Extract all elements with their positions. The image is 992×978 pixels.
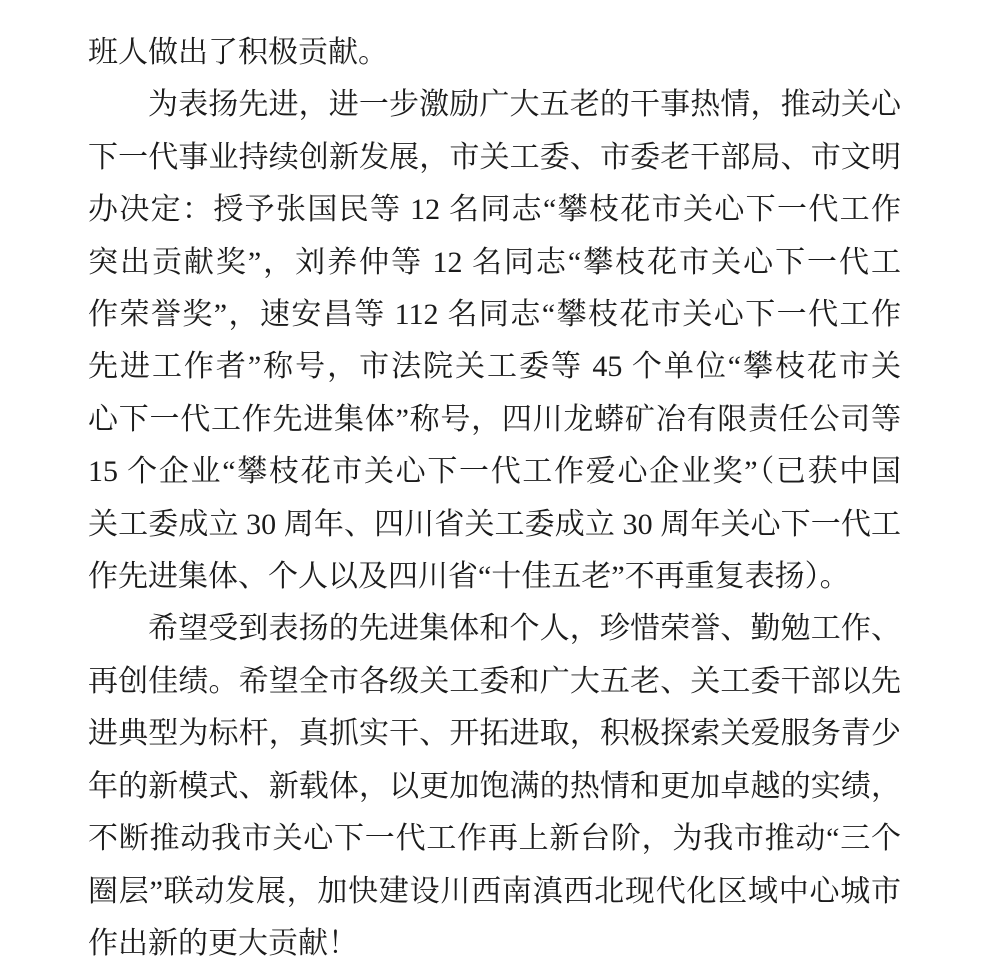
text-line: 下一代事业持续创新发展，市关工委、市委老干部局、市文明 bbox=[88, 132, 901, 184]
text-line: 进典型为标杆，真抓实干、开拓进取，积极探索关爱服务青少 bbox=[88, 708, 901, 760]
text-line: 作出新的更大贡献！ bbox=[88, 918, 901, 970]
text-line: 班人做出了积极贡献。 bbox=[88, 27, 901, 79]
text-line: 先进工作者”称号，市法院关工委等 45 个单位“攀枝花市关 bbox=[88, 341, 901, 393]
text-line: 作荣誉奖”，速安昌等 112 名同志“攀枝花市关心下一代工作 bbox=[88, 289, 901, 341]
text-line: 心下一代工作先进集体”称号，四川龙蟒矿冶有限责任公司等 bbox=[88, 394, 901, 446]
text-line: 关工委成立 30 周年、四川省关工委成立 30 周年关心下一代工 bbox=[88, 499, 901, 551]
text-line: 再创佳绩。希望全市各级关工委和广大五老、关工委干部以先 bbox=[88, 656, 901, 708]
text-line: 圈层”联动发展，加快建设川西南滇西北现代化区域中心城市 bbox=[88, 866, 901, 918]
text-line: 15 个企业“攀枝花市关心下一代工作爱心企业奖”（已获中国 bbox=[88, 446, 901, 498]
text-line: 年的新模式、新载体，以更加饱满的热情和更加卓越的实绩， bbox=[88, 761, 901, 813]
document-page: 班人做出了积极贡献。为表扬先进，进一步激励广大五老的干事热情，推动关心下一代事业… bbox=[0, 0, 992, 978]
text-line: 为表扬先进，进一步激励广大五老的干事热情，推动关心 bbox=[88, 79, 901, 131]
text-line: 突出贡献奖”，刘养仲等 12 名同志“攀枝花市关心下一代工 bbox=[88, 237, 901, 289]
text-line: 不断推动我市关心下一代工作再上新台阶，为我市推动“三个 bbox=[88, 813, 901, 865]
text-line: 希望受到表扬的先进集体和个人，珍惜荣誉、勤勉工作、 bbox=[88, 603, 901, 655]
text-line: 作先进集体、个人以及四川省“十佳五老”不再重复表扬）。 bbox=[88, 551, 901, 603]
text-line: 办决定：授予张国民等 12 名同志“攀枝花市关心下一代工作 bbox=[88, 184, 901, 236]
document-body-text: 班人做出了积极贡献。为表扬先进，进一步激励广大五老的干事热情，推动关心下一代事业… bbox=[88, 27, 901, 970]
